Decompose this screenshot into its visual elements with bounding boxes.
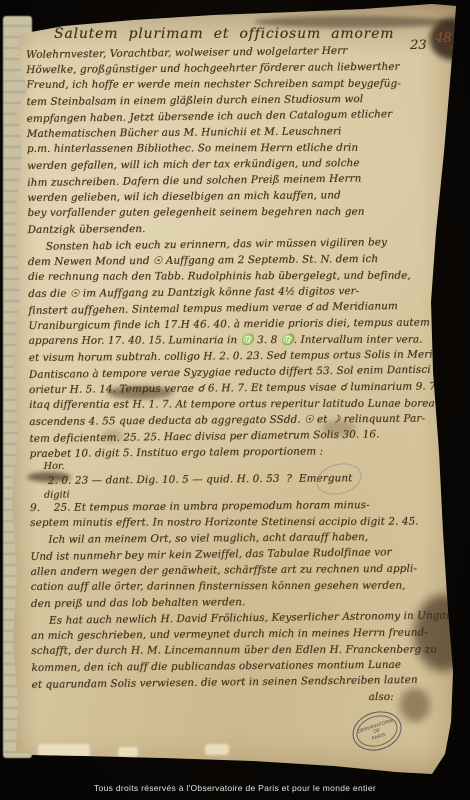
tape-patch (38, 744, 90, 757)
manuscript-line: p.m. hinterlassenen Bibliothec. So meine… (27, 139, 451, 156)
manuscript-line: bey vorfallender guten gelegenheit seine… (27, 203, 451, 220)
manuscript-line: itaq differentia est H. 1. 7. At tempore… (29, 395, 453, 412)
stain-right-edge (440, 300, 460, 422)
manuscript-line: septem minutis effert. In nostro Horizon… (30, 513, 454, 530)
letter-salutation: Salutem plurimam et officiosum amorem (54, 26, 394, 42)
observatory-stamp: OBSERVATOIRE DE PARIS (347, 705, 406, 757)
manuscript-line: cation auff alle örter, darinnen finster… (31, 577, 455, 594)
observatory-stamp-text: OBSERVATOIRE DE PARIS (352, 710, 401, 752)
copyright-caption: Tous droits réservés à l'Observatoire de… (0, 783, 470, 793)
photograph: Salutem plurimam et officiosum amorem 23… (0, 0, 470, 800)
manuscript-line: Freund, ich hoffe er werde mein nechster… (26, 75, 450, 92)
tape-patch (118, 747, 138, 757)
manuscript-line: die rechnung nach den Tabb. Rudolphinis … (28, 267, 452, 284)
manuscript-line: schafft, der durch H. M. Lincemannum übe… (31, 641, 455, 658)
manuscript-line: Hor. (30, 459, 454, 471)
manuscript-line: apparens Hor. 17. 40. 15. Luminaria in ♍… (29, 331, 453, 348)
manuscript-page: Salutem plurimam et officiosum amorem 23… (4, 2, 466, 778)
tape-patch (205, 744, 229, 755)
letter-body: Wolehrnvester, Vorachtbar, wolweiser und… (26, 42, 456, 708)
